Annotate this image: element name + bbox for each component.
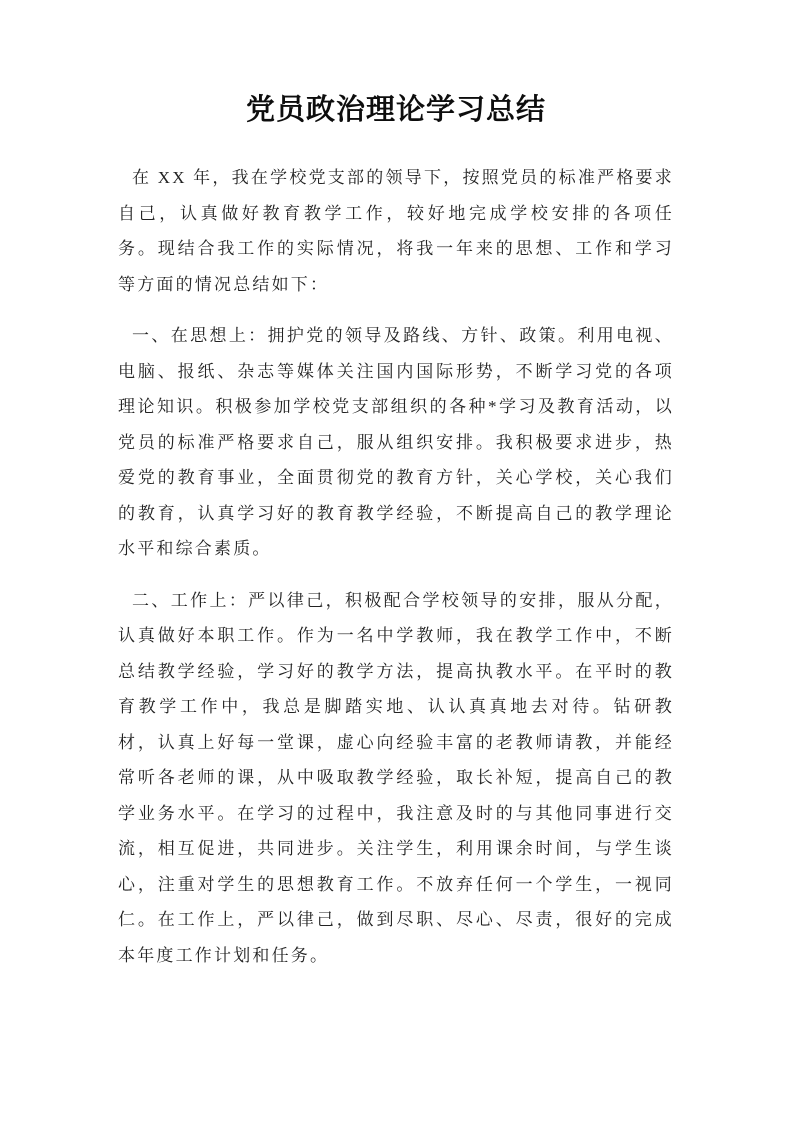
paragraph-intro: 在 XX 年，我在学校党支部的领导下，按照党员的标准严格要求自己，认真做好教育教… <box>118 160 674 302</box>
document-page: 党员政治理论学习总结 在 XX 年，我在学校党支部的领导下，按照党员的标准严格要… <box>0 0 793 1122</box>
paragraph-thoughts: 一、在思想上：拥护党的领导及路线、方针、政策。利用电视、电脑、报纸、杂志等媒体关… <box>118 318 674 567</box>
document-title: 党员政治理论学习总结 <box>118 90 674 130</box>
document-content: 党员政治理论学习总结 在 XX 年，我在学校党支部的领导下，按照党员的标准严格要… <box>118 90 674 989</box>
paragraph-work: 二、工作上：严以律己，积极配合学校领导的安排，服从分配，认真做好本职工作。作为一… <box>118 583 674 974</box>
